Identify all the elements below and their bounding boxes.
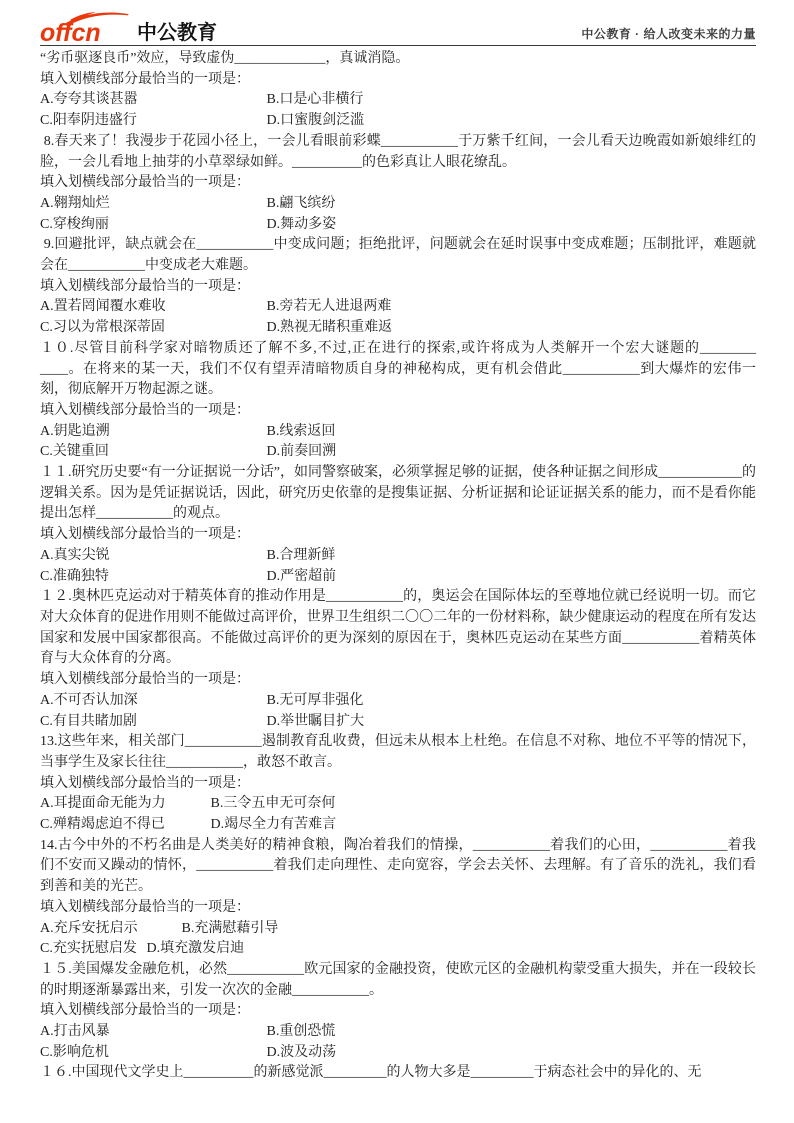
fill-blank-prompt-q14: 填入划横线部分最恰当的一项是：: [40, 898, 756, 919]
question-11-stem: １１.研究历史要“有一分证据说一分话”，如同警察破案，必须掌握足够的证据，使各种…: [40, 463, 756, 525]
question-14-stem: 14.古今中外的不朽名曲是人类美好的精神食粮，陶冶着我们的情操，________…: [40, 836, 756, 898]
q9-option-b: B.旁若无人进退两难: [267, 299, 392, 314]
q15-options-row-ab: A.打击风暴 B.重创恐慌: [40, 1022, 756, 1043]
offcn-swoosh-icon: offcn: [40, 9, 130, 45]
q14-options-row-ab: A.充斥安抚启示 B.充满慰藉引导: [40, 919, 756, 940]
q7-options-row-cd: C.阳奉阴违盛行 D.口蜜腹剑泛滥: [40, 111, 756, 132]
q13-option-c: C.殚精竭虑迫不得已: [40, 815, 207, 836]
q12-options-row-cd: C.有目共睹加剧 D.举世瞩目扩大: [40, 712, 756, 733]
q11-options-row-cd: C.准确独特 D.严密超前: [40, 567, 756, 588]
q12-option-a: A.不可否认加深: [40, 691, 263, 712]
offcn-logo-text: offcn: [40, 19, 101, 45]
q8-options-row-cd: C.穿梭绚丽 D.舞动多姿: [40, 215, 756, 236]
q11-option-a: A.真实尖锐: [40, 546, 263, 567]
question-9-stem: 9.回避批评，缺点就会在___________中变成问题；拒绝批评，问题就会在延…: [40, 235, 756, 276]
q15-option-b: B.重创恐慌: [267, 1024, 336, 1039]
q11-options-row-ab: A.真实尖锐 B.合理新鲜: [40, 546, 756, 567]
fill-blank-prompt-q12: 填入划横线部分最恰当的一项是：: [40, 670, 756, 691]
q10-options-row-cd: C.关键重回 D.前奏回溯: [40, 442, 756, 463]
q12-option-d: D.举世瞩目扩大: [267, 714, 365, 729]
question-13-stem: 13.这些年来，相关部门___________遏制教育乱收费，但远未从根本上杜绝…: [40, 732, 756, 773]
fill-blank-prompt-q10: 填入划横线部分最恰当的一项是：: [40, 401, 756, 422]
brand-text: 中公教育: [137, 23, 217, 45]
q14-option-a: A.充斥安抚启示: [40, 919, 178, 940]
q15-option-c: C.影响危机: [40, 1043, 263, 1064]
q7-options-row-ab: A.夸夸其谈甚嚣 B.口是心非横行: [40, 90, 756, 111]
fill-blank-prompt-q15: 填入划横线部分最恰当的一项是：: [40, 1001, 756, 1022]
q14-option-b: B.充满慰藉引导: [182, 921, 279, 936]
header-tagline: 中公教育 · 给人改变未来的力量: [581, 25, 756, 45]
q7-option-b: B.口是心非横行: [267, 92, 364, 107]
q7-option-c: C.阳奉阴违盛行: [40, 111, 263, 132]
q11-option-d: D.严密超前: [267, 569, 337, 584]
question-10-stem: １０.尽管目前科学家对暗物质还了解不多,不过,正在进行的探索,或许将成为人类解开…: [40, 339, 756, 401]
q14-option-d: D.填充激发启迪: [147, 941, 245, 956]
q11-option-b: B.合理新鲜: [267, 548, 336, 563]
fill-blank-prompt-q7: 填入划横线部分最恰当的一项是：: [40, 70, 756, 91]
q9-options-row-cd: C.习以为常根深蒂固 D.熟视无睹积重难返: [40, 318, 756, 339]
q12-options-row-ab: A.不可否认加深 B.无可厚非强化: [40, 691, 756, 712]
page-header: offcn 中公教育 中公教育 · 给人改变未来的力量: [40, 0, 756, 46]
fill-blank-prompt-q8: 填入划横线部分最恰当的一项是：: [40, 173, 756, 194]
q12-option-c: C.有目共睹加剧: [40, 712, 263, 733]
q10-option-a: A.钥匙追溯: [40, 422, 263, 443]
q8-option-b: B.翩飞缤纷: [267, 196, 336, 211]
question-15-stem: １５.美国爆发金融危机，必然___________欧元国家的金融投资，使欧元区的…: [40, 960, 756, 1001]
offcn-logo: offcn 中公教育: [40, 9, 217, 45]
question-12-stem: １２.奥林匹克运动对于精英体育的推动作用是___________的，奥运会在国际…: [40, 587, 756, 670]
q9-option-c: C.习以为常根深蒂固: [40, 318, 263, 339]
q10-option-d: D.前奏回溯: [267, 444, 337, 459]
q14-options-row-cd: C.充实抚慰启发 D.填充激发启迪: [40, 939, 756, 960]
q10-option-b: B.线索返回: [267, 424, 336, 439]
q15-option-d: D.波及动荡: [267, 1045, 337, 1060]
q15-options-row-cd: C.影响危机 D.波及动荡: [40, 1043, 756, 1064]
q14-option-c: C.充实抚慰启发: [40, 939, 143, 960]
fill-blank-prompt-q9: 填入划横线部分最恰当的一项是：: [40, 277, 756, 298]
q13-options-row-ab: A.耳提面命无能为力 B.三令五申无可奈何: [40, 794, 756, 815]
q8-options-row-ab: A.翱翔灿烂 B.翩飞缤纷: [40, 194, 756, 215]
q13-option-b: B.三令五申无可奈何: [211, 796, 336, 811]
q15-option-a: A.打击风暴: [40, 1022, 263, 1043]
question-7-continuation: “劣币驱逐良币”效应，导致虚伪_____________，真诚消隐。: [40, 49, 756, 70]
q10-options-row-ab: A.钥匙追溯 B.线索返回: [40, 422, 756, 443]
q9-option-a: A.置若罔闻覆水难收: [40, 297, 263, 318]
q9-options-row-ab: A.置若罔闻覆水难收 B.旁若无人进退两难: [40, 297, 756, 318]
q12-option-b: B.无可厚非强化: [267, 693, 364, 708]
fill-blank-prompt-q13: 填入划横线部分最恰当的一项是：: [40, 774, 756, 795]
q11-option-c: C.准确独特: [40, 567, 263, 588]
q13-option-d: D.竭尽全力有苦难言: [211, 817, 337, 832]
q7-option-d: D.口蜜腹剑泛滥: [267, 113, 365, 128]
q10-option-c: C.关键重回: [40, 442, 263, 463]
q8-option-c: C.穿梭绚丽: [40, 215, 263, 236]
question-8-stem: 8.春天来了！我漫步于花园小径上，一会儿看眼前彩蝶___________于万紫千…: [40, 132, 756, 173]
document-content: “劣币驱逐良币”效应，导致虚伪_____________，真诚消隐。 填入划横线…: [0, 46, 794, 1084]
q13-options-row-cd: C.殚精竭虑迫不得已 D.竭尽全力有苦难言: [40, 815, 756, 836]
q8-option-a: A.翱翔灿烂: [40, 194, 263, 215]
q8-option-d: D.舞动多姿: [267, 217, 337, 232]
q13-option-a: A.耳提面命无能为力: [40, 794, 207, 815]
question-16-stem: １６.中国现代文学史上__________的新感觉派_________的人物大多…: [40, 1063, 756, 1084]
fill-blank-prompt-q11: 填入划横线部分最恰当的一项是：: [40, 525, 756, 546]
q9-option-d: D.熟视无睹积重难返: [267, 320, 393, 335]
document-page: offcn 中公教育 中公教育 · 给人改变未来的力量 “劣币驱逐良币”效应，导…: [0, 0, 794, 1123]
q7-option-a: A.夸夸其谈甚嚣: [40, 90, 263, 111]
